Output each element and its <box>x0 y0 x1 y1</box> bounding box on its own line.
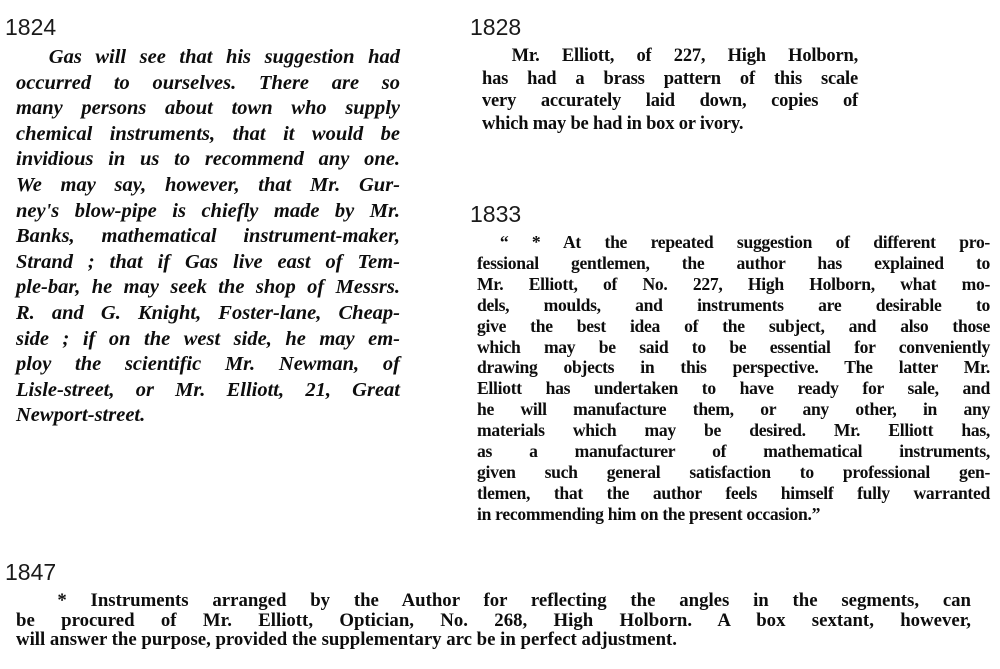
text-line: ple-bar, he may seek the shop of Messrs. <box>16 275 400 301</box>
excerpt-1833: “ * At the repeated suggestion of differ… <box>477 232 990 525</box>
text-line: which may be had in box or ivory. <box>482 113 858 136</box>
text-line: will answer the purpose, provided the su… <box>16 630 971 650</box>
excerpt-1847: * Instruments arranged by the Author for… <box>16 591 971 650</box>
text-line: which may be said to be essential for co… <box>477 337 990 358</box>
text-line: ploy the scientific Mr. Newman, of <box>16 352 400 378</box>
year-label-1828: 1828 <box>470 16 521 39</box>
text-line: Gas will see that his suggestion had <box>16 45 400 71</box>
text-line: ney's blow-pipe is chiefly made by Mr. <box>16 199 400 225</box>
text-line: very accurately laid down, copies of <box>482 90 858 113</box>
text-line: Banks, mathematical instrument-maker, <box>16 224 400 250</box>
text-line: tlemen, that the author feels himself fu… <box>477 483 990 504</box>
text-line: Mr. Elliott, of No. 227, High Holborn, w… <box>477 274 990 295</box>
year-label-1847: 1847 <box>5 561 56 584</box>
text-line: Strand ; that if Gas live east of Tem- <box>16 250 400 276</box>
text-line: materials which may be desired. Mr. Elli… <box>477 420 990 441</box>
text-line: has had a brass pattern of this scale <box>482 68 858 91</box>
text-line: Lisle-street, or Mr. Elliott, 21, Great <box>16 378 400 404</box>
text-line: many persons about town who supply <box>16 96 400 122</box>
text-line: R. and G. Knight, Foster-lane, Cheap- <box>16 301 400 327</box>
text-line: * Instruments arranged by the Author for… <box>16 591 971 611</box>
text-line: be procured of Mr. Elliott, Optician, No… <box>16 611 971 631</box>
text-line: give the best idea of the subject, and a… <box>477 316 990 337</box>
text-line: chemical instruments, that it would be <box>16 122 400 148</box>
year-label-1833: 1833 <box>470 203 521 226</box>
text-line: side ; if on the west side, he may em- <box>16 327 400 353</box>
text-line: Newport-street. <box>16 403 400 429</box>
year-label-1824: 1824 <box>5 16 56 39</box>
text-line: dels, moulds, and instruments are desira… <box>477 295 990 316</box>
text-line: drawing objects in this perspective. The… <box>477 357 990 378</box>
text-line: We may say, however, that Mr. Gur- <box>16 173 400 199</box>
text-line: “ * At the repeated suggestion of differ… <box>477 232 990 253</box>
text-line: fessional gentlemen, the author has expl… <box>477 253 990 274</box>
text-line: Mr. Elliott, of 227, High Holborn, <box>482 45 858 68</box>
text-line: as a manufacturer of mathematical instru… <box>477 441 990 462</box>
text-line: Elliott has undertaken to have ready for… <box>477 378 990 399</box>
excerpt-1824: Gas will see that his suggestion had occ… <box>16 45 400 429</box>
text-line: invidious in us to recommend any one. <box>16 147 400 173</box>
text-line: in recommending him on the present occas… <box>477 504 990 525</box>
text-line: given such general satisfaction to profe… <box>477 462 990 483</box>
excerpt-1828: Mr. Elliott, of 227, High Holborn, has h… <box>482 45 858 136</box>
text-line: he will manufacture them, or any other, … <box>477 399 990 420</box>
text-line: occurred to ourselves. There are so <box>16 71 400 97</box>
